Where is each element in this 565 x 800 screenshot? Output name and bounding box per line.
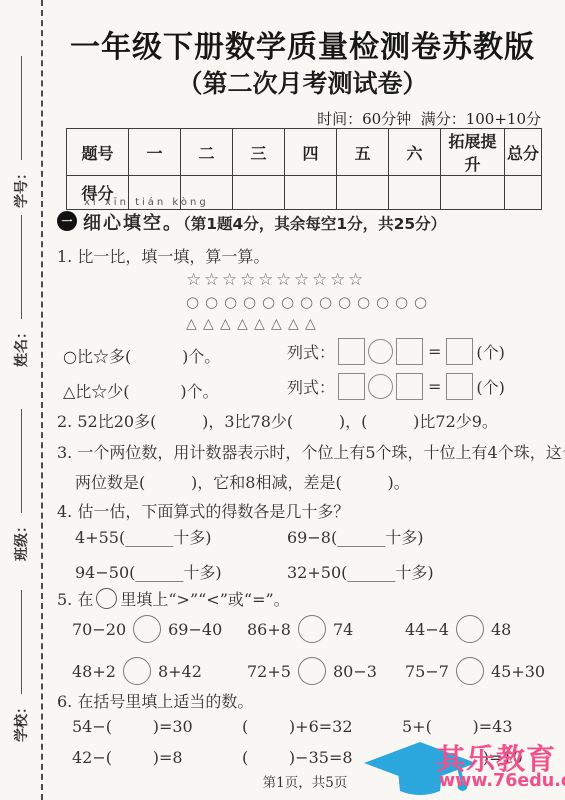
- comparison-circle-blank: [133, 615, 161, 643]
- circle-shape: ○: [262, 293, 281, 311]
- q6-item: 42−( )=8: [72, 748, 242, 767]
- score-table-header-cell: 六: [389, 129, 441, 176]
- number-box-blank: [338, 373, 365, 400]
- triangle-shape: △: [237, 316, 254, 332]
- q6-item: 5+( )=43: [402, 717, 559, 736]
- star-shape: ☆: [258, 270, 276, 290]
- score-table-empty-cell: [441, 176, 505, 210]
- q4-item: 69−8(______十多): [287, 525, 434, 548]
- triangle-shape: △: [254, 316, 271, 332]
- comparison-circle-blank: [456, 657, 484, 685]
- q4-item: 32+50(______十多): [287, 560, 434, 583]
- star-shape: ☆: [348, 270, 366, 290]
- q6-item: ( )+6=32: [242, 717, 402, 736]
- pair-right: 69−40: [168, 620, 222, 639]
- q1-compare-statement-1: ○比☆多( )个。: [63, 344, 220, 367]
- pair-right: 8+42: [158, 662, 202, 681]
- operator-circle-blank: [368, 339, 393, 364]
- score-table-header-cell: 五: [337, 129, 389, 176]
- circle-shape: ○: [319, 293, 338, 311]
- score-table-empty-cell: [505, 176, 542, 210]
- score-table-header-cell: 总分: [505, 129, 542, 176]
- pair-left: 86+8: [247, 620, 291, 639]
- circle-shape: ○: [281, 293, 300, 311]
- circle-shape: ○: [300, 293, 319, 311]
- circle-shape: ○: [338, 293, 357, 311]
- score-table-header-cell: 题号: [67, 129, 129, 176]
- pair-right: 80−3: [333, 662, 377, 681]
- star-shape: ☆: [276, 270, 294, 290]
- comparison-pair: 72+580−3: [247, 657, 405, 685]
- comparison-pair: 44−448: [405, 615, 559, 643]
- triangle-shape: △: [203, 316, 220, 332]
- question-3-line-2: 两位数是( )，它和8相减，差是( )。: [75, 470, 410, 493]
- score-table-empty-cell: [233, 176, 285, 210]
- circle-row: ○○○○○○○○○○○○○: [186, 293, 433, 311]
- section-one-badge-icon: 一: [57, 211, 77, 231]
- circle-shape: ○: [205, 293, 224, 311]
- circle-shape: ○: [376, 293, 395, 311]
- brand-url: www.76edu.com: [439, 771, 565, 791]
- question-5-prompt: 5. 在里填上“>”“<”或“=”。: [57, 587, 290, 610]
- score-table-empty-cell: [389, 176, 441, 210]
- comparison-pair: 75−745+30: [405, 657, 559, 685]
- page-title: 一年级下册数学质量检测卷苏教版: [50, 22, 555, 66]
- pair-right: 74: [333, 620, 353, 639]
- school-blank-line: [21, 590, 22, 694]
- comparison-pair: 70−2069−40: [72, 615, 247, 643]
- q1-compare-statement-2: △比☆少( )个。: [63, 379, 219, 402]
- page-subtitle: （第二次月考测试卷）: [50, 64, 555, 100]
- q1-formula-1: 列式： = (个): [287, 338, 505, 365]
- student-id-label: 学号：: [11, 166, 31, 208]
- brand-logo: 其乐教育 www.76edu.com: [360, 735, 565, 798]
- pair-left: 70−20: [72, 620, 126, 639]
- star-row: ☆☆☆☆☆☆☆☆☆☆: [186, 270, 366, 290]
- pair-right: 48: [491, 620, 511, 639]
- question-4-items: 4+55(______十多) 69−8(______十多) 94−50(____…: [75, 525, 434, 583]
- star-shape: ☆: [312, 270, 330, 290]
- score-table-empty-cell: [285, 176, 337, 210]
- question-3-line-1: 3. 一个两位数，用计数器表示时，个位上有5个珠，十位上有4个珠，这个: [57, 440, 565, 463]
- star-shape: ☆: [204, 270, 222, 290]
- comparison-pair: 86+874: [247, 615, 405, 643]
- score-table-empty-cell: [337, 176, 389, 210]
- score-table-header-cell: 三: [233, 129, 285, 176]
- star-shape: ☆: [240, 270, 258, 290]
- sidebar-field-school: 学校：: [11, 590, 31, 742]
- triangle-shape: △: [186, 316, 203, 332]
- circle-shape: ○: [224, 293, 243, 311]
- equals-sign: =: [428, 342, 441, 361]
- operator-circle-blank: [368, 374, 393, 399]
- result-box-blank: [446, 338, 473, 365]
- pair-left: 44−4: [405, 620, 449, 639]
- score-table-header-cell: 四: [285, 129, 337, 176]
- triangle-shape: △: [305, 316, 322, 332]
- star-shape: ☆: [330, 270, 348, 290]
- section-one-title: 细心填空。（第1题4分，其余每空1分，共25分）: [83, 209, 446, 235]
- unit-label: (个): [476, 375, 505, 398]
- sidebar-field-class: 班级：: [11, 409, 31, 561]
- circle-shape: ○: [243, 293, 262, 311]
- unit-label: (个): [476, 340, 505, 363]
- school-label: 学校：: [11, 700, 31, 742]
- q5-prompt-prefix: 5. 在: [57, 590, 93, 609]
- result-box-blank: [446, 373, 473, 400]
- question-5-items: 70−2069−40 86+874 44−448 48+28+42 72+580…: [72, 615, 559, 685]
- name-label: 姓名：: [11, 325, 31, 367]
- student-id-blank-line: [21, 56, 22, 160]
- circle-shape: ○: [186, 293, 205, 311]
- comparison-circle-blank: [298, 615, 326, 643]
- class-blank-line: [21, 409, 22, 513]
- number-box-blank: [396, 338, 423, 365]
- comparison-circle-blank: [123, 657, 151, 685]
- formula-label: 列式：: [287, 375, 335, 398]
- exam-paper-page: 学号： 姓名： 班级： 学校： 一年级下册数学质量检测卷苏教版 （第二次月考测试…: [0, 0, 565, 800]
- triangle-shape: △: [220, 316, 237, 332]
- time-score-line: 时间：60分钟 满分：100+10分: [317, 108, 541, 129]
- triangle-shape: △: [288, 316, 305, 332]
- section-one-title-text: 细心填空。: [83, 213, 183, 234]
- question-6-prompt: 6. 在括号里填上适当的数。: [57, 689, 253, 712]
- number-box-blank: [338, 338, 365, 365]
- comparison-circle-blank: [456, 615, 484, 643]
- q6-item: 54−( )=30: [72, 717, 242, 736]
- formula-label: 列式：: [287, 340, 335, 363]
- circle-shape: ○: [357, 293, 376, 311]
- sidebar-field-student-id: 学号：: [11, 56, 31, 208]
- class-label: 班级：: [11, 519, 31, 561]
- pair-right: 45+30: [491, 662, 545, 681]
- q1-formula-2: 列式： = (个): [287, 373, 505, 400]
- circle-shape: ○: [414, 293, 433, 311]
- pair-left: 48+2: [72, 662, 116, 681]
- comparison-pair: 48+28+42: [72, 657, 247, 685]
- pair-left: 75−7: [405, 662, 449, 681]
- question-2: 2. 52比20多( )，3比78少( )，( )比72少9。: [57, 409, 498, 432]
- circle-shape: ○: [395, 293, 414, 311]
- pair-left: 72+5: [247, 662, 291, 681]
- question-1-prompt: 1. 比一比，填一填，算一算。: [57, 244, 269, 267]
- sidebar-field-name: 姓名：: [11, 215, 31, 367]
- number-box-blank: [396, 373, 423, 400]
- section-one-note: （第1题4分，其余每空1分，共25分）: [183, 215, 446, 233]
- circle-blank-icon: [96, 588, 117, 609]
- star-shape: ☆: [294, 270, 312, 290]
- binding-dashed-line: [41, 0, 43, 800]
- section-one-pinyin: xì xīn tián kòng: [84, 197, 209, 208]
- comparison-circle-blank: [298, 657, 326, 685]
- star-shape: ☆: [186, 270, 204, 290]
- score-table-header-cell: 二: [181, 129, 233, 176]
- equals-sign: =: [428, 377, 441, 396]
- score-table-header-cell: 一: [129, 129, 181, 176]
- name-blank-line: [21, 215, 22, 319]
- triangle-row: △△△△△△△△: [186, 316, 322, 332]
- star-shape: ☆: [222, 270, 240, 290]
- q4-item: 94−50(______十多): [75, 560, 287, 583]
- q4-item: 4+55(______十多): [75, 525, 287, 548]
- score-table-header-cell: 拓展提升: [441, 129, 505, 176]
- q5-prompt-suffix: 里填上“>”“<”或“=”。: [120, 590, 289, 609]
- question-4-prompt: 4. 估一估，下面算式的得数各是几十多？: [57, 499, 349, 522]
- triangle-shape: △: [271, 316, 288, 332]
